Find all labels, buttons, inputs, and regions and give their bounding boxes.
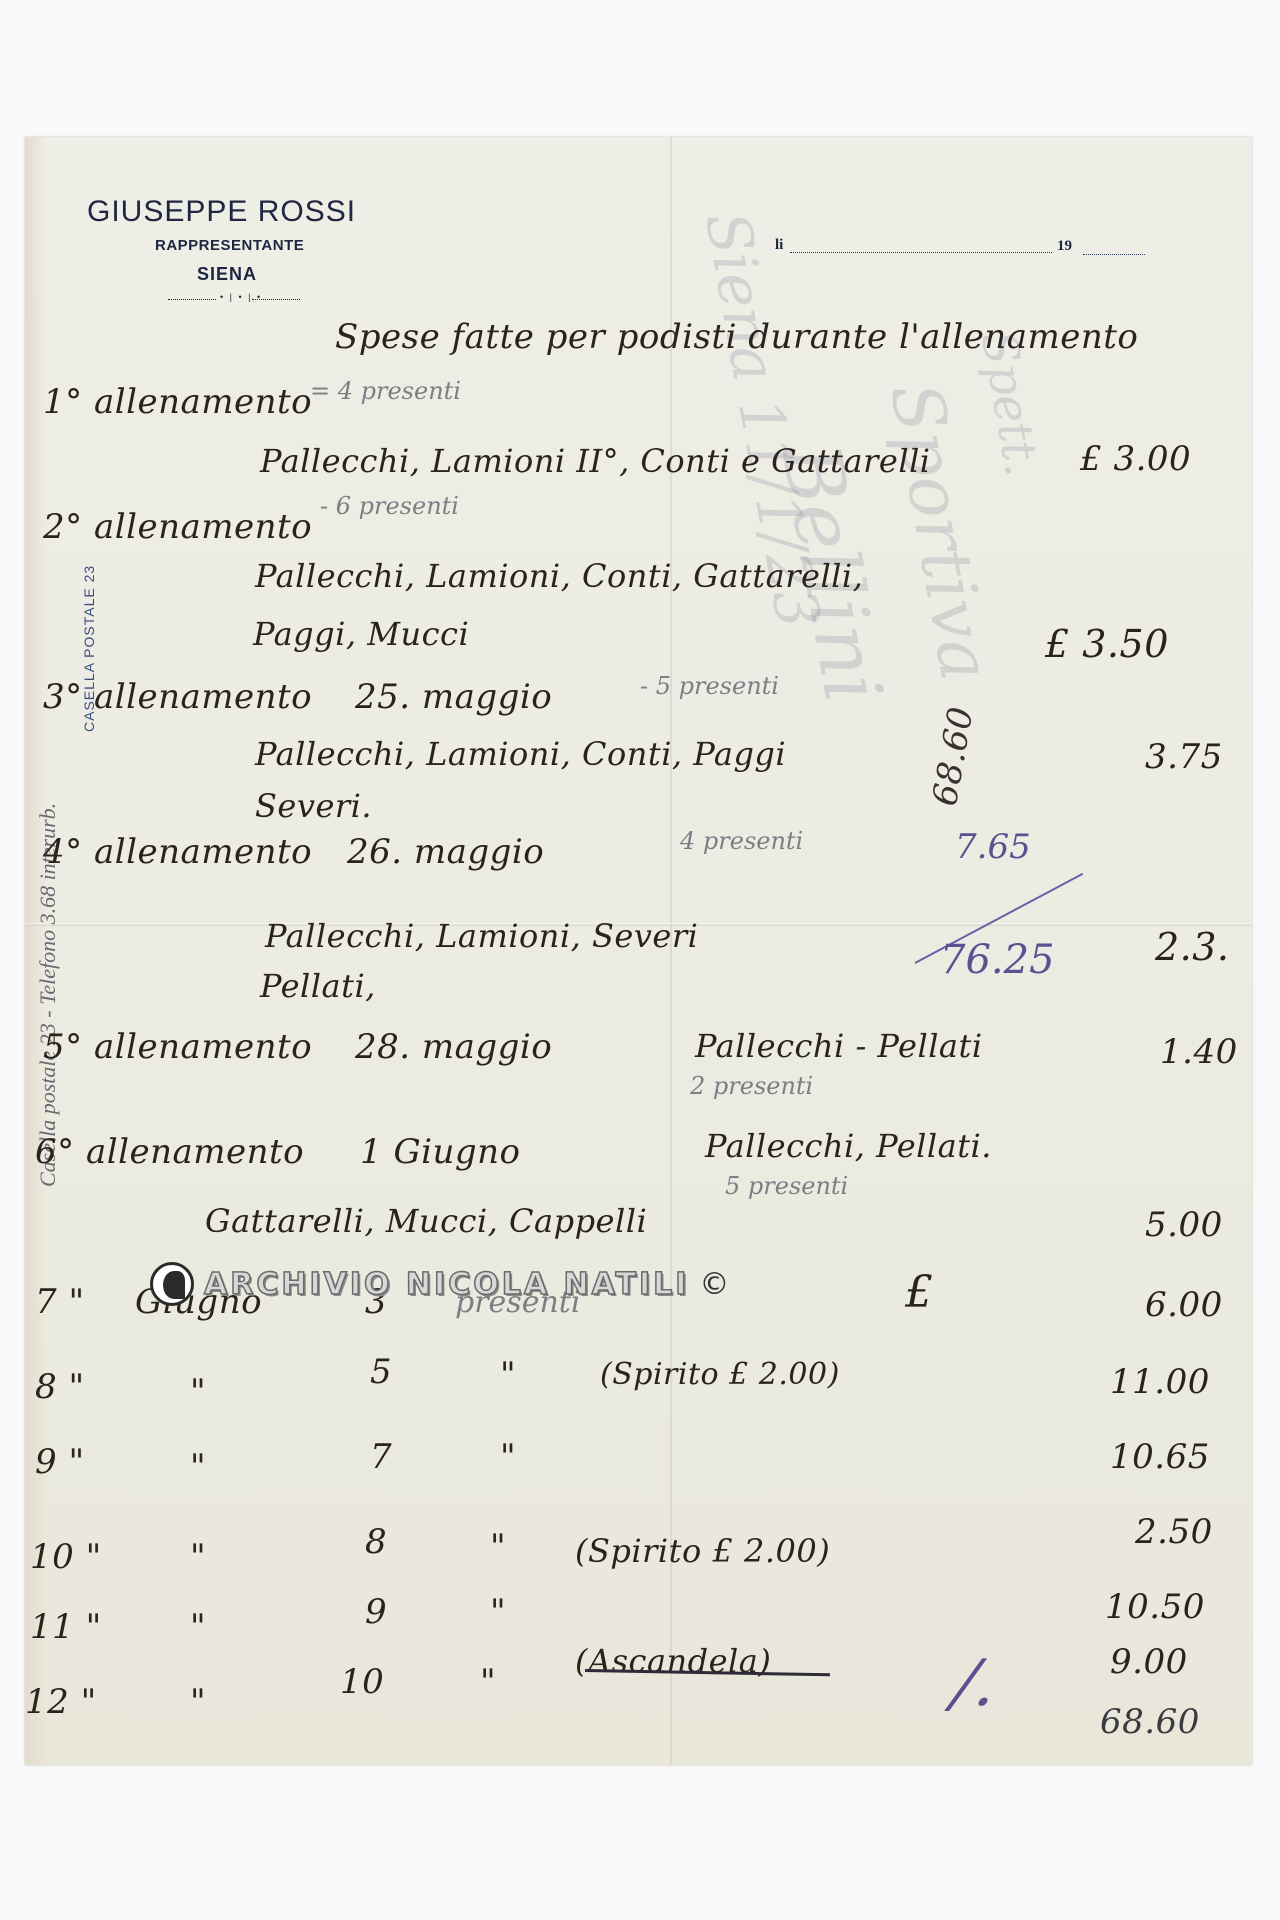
entry-7-currency: £ [905, 1267, 934, 1318]
entry-10-amount: 2.50 [1135, 1512, 1213, 1552]
entry-7-amount: 6.00 [1145, 1285, 1223, 1325]
entry-8-count: 5 [370, 1352, 392, 1392]
entry-5-names: Pallecchi - Pellati [695, 1027, 983, 1065]
entry-11-label: 11 " [30, 1607, 102, 1647]
watermark-text: ARCHIVIO NICOLA NATILI [204, 1267, 689, 1302]
entry-10-date: " [190, 1537, 206, 1577]
copyright-icon: © [699, 1267, 729, 1302]
letterhead-city: SIENA [197, 264, 257, 285]
entry-4-amount: 2.3. [1155, 925, 1230, 969]
total-amount: 68.60 [1100, 1702, 1200, 1742]
entry-5-attendees: 2 presenti [690, 1072, 813, 1100]
entry-10-count: 8 [365, 1522, 387, 1562]
entry-10-label: 10 " [30, 1537, 102, 1577]
entry-5-amount: 1.40 [1160, 1032, 1238, 1072]
entry-5-label: 5° allenamento [43, 1027, 312, 1067]
entry-2-label: 2° allenamento [43, 507, 312, 547]
entry-3-date: 25. maggio [355, 677, 552, 717]
entry-8-label: 8 " [35, 1367, 85, 1407]
entry-9-label: 9 " [35, 1442, 85, 1482]
entry-9-amount: 10.65 [1110, 1437, 1210, 1477]
entry-3-names: Pallecchi, Lamioni, Conti, Paggi [255, 735, 786, 773]
entry-9-count: 7 [370, 1437, 392, 1477]
archive-logo-icon [150, 1262, 194, 1306]
watermark: ARCHIVIO NICOLA NATILI © [150, 1262, 729, 1306]
entry-4-attendees: 4 presenti [680, 827, 803, 855]
side-calc-line2: 7.65 [955, 827, 1031, 867]
entry-1-amount: £ 3.00 [1080, 439, 1191, 479]
entry-6-label: 6° allenamento [35, 1132, 304, 1172]
entry-1-names: Pallecchi, Lamioni II°, Conti e Gattarel… [260, 442, 931, 480]
entry-8-ditto: " [500, 1355, 516, 1395]
entry-3-names-line2: Severi. [255, 787, 372, 825]
entry-1-attendees: = 4 presenti [310, 377, 461, 405]
entry-2-names-line2: Paggi, Mucci [253, 615, 469, 653]
entry-4-date: 26. maggio [347, 832, 544, 872]
entry-11-date: " [190, 1607, 206, 1647]
entry-10-note: (Spirito £ 2.00) [575, 1532, 830, 1570]
entry-3-attendees: - 5 presenti [640, 672, 779, 700]
document-heading: Spese fatte per podisti durante l'allena… [335, 317, 1138, 357]
total-mark: /. [947, 1647, 1005, 1721]
entry-12-label: 12 " [25, 1682, 97, 1722]
entry-12-date: " [190, 1682, 206, 1722]
entry-4-names-line2: Pellati, [260, 967, 376, 1005]
date-prefix: li [775, 237, 783, 254]
entry-3-amount: 3.75 [1145, 737, 1223, 777]
letter-sheet: Siena 11/1/23 Spett. Sportiva Bellini GI… [25, 137, 1252, 1765]
entry-12-ditto: " [480, 1662, 496, 1702]
entry-6-date: 1 Giugno [360, 1132, 521, 1172]
entry-9-ditto: " [500, 1437, 516, 1477]
date-year-prefix: 19 [1057, 238, 1072, 255]
letterhead-role: RAPPRESENTANTE [155, 237, 304, 254]
entry-6-amount: 5.00 [1145, 1205, 1223, 1245]
entry-2-amount: £ 3.50 [1045, 622, 1169, 666]
entry-8-amount: 11.00 [1110, 1362, 1210, 1402]
entry-11-amount: 10.50 [1105, 1587, 1205, 1627]
entry-2-names: Pallecchi, Lamioni, Conti, Gattarelli, [255, 557, 863, 595]
entry-9-date: " [190, 1447, 206, 1487]
entry-12-count: 10 [340, 1662, 384, 1702]
entry-3-label: 3° allenamento [43, 677, 312, 717]
entry-4-label: 4° allenamento [43, 832, 312, 872]
date-dotted-line [790, 252, 1052, 253]
side-calc-result: 76.25 [940, 937, 1055, 983]
entry-11-count: 9 [365, 1592, 387, 1632]
entry-4-names: Pallecchi, Lamioni, Severi [265, 917, 698, 955]
entry-10-ditto: " [490, 1527, 506, 1567]
entry-11-ditto: " [490, 1592, 506, 1632]
entry-8-date: " [190, 1372, 206, 1412]
letterhead-ornament: • | • | • [168, 297, 298, 303]
side-calc-line1: 68.60 [925, 704, 982, 809]
entry-1-label: 1° allenamento [43, 382, 312, 422]
entry-12-amount: 9.00 [1110, 1642, 1188, 1682]
letterhead-name: GIUSEPPE ROSSI [87, 195, 356, 229]
entry-6-names: Pallecchi, Pellati. [705, 1127, 992, 1165]
date-year-dotted-line [1083, 254, 1145, 255]
entry-7-label: 7 " [35, 1282, 85, 1322]
entry-5-date: 28. maggio [355, 1027, 552, 1067]
entry-2-attendees: - 6 presenti [320, 492, 459, 520]
entry-8-note: (Spirito £ 2.00) [600, 1357, 840, 1392]
entry-6-attendees: 5 presenti [725, 1172, 848, 1200]
entry-6-names-line2: Gattarelli, Mucci, Cappelli [205, 1202, 647, 1240]
